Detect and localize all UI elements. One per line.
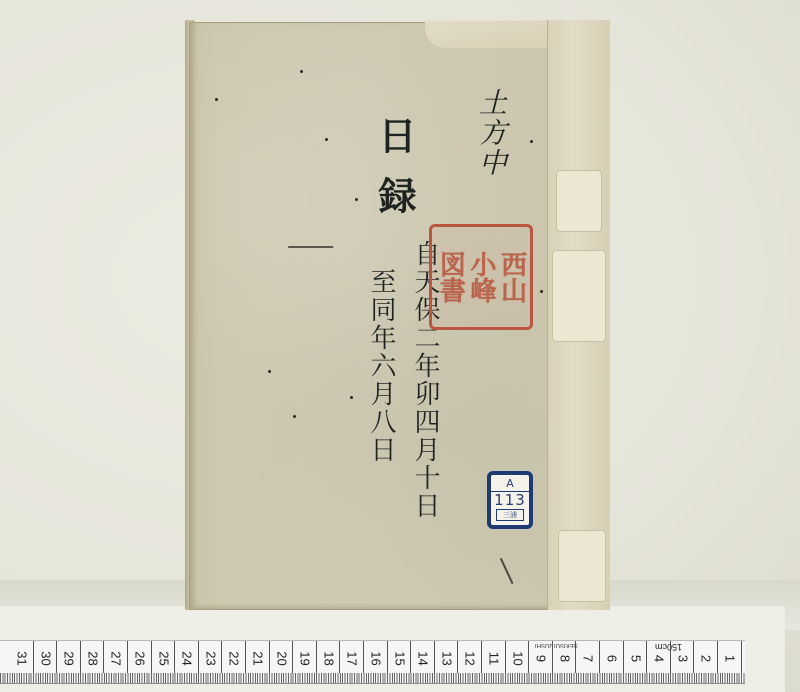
ruler-cm-cell: 19 <box>293 641 317 673</box>
ruler-cm-cell: 10 <box>506 641 530 673</box>
call-number-label: A 113 三浦 <box>487 471 533 529</box>
label-number: 113 <box>491 492 529 508</box>
ruler-cm-cell: 1 <box>718 641 742 673</box>
measuring-ruler: 3130292827262524232221201918171615141312… <box>0 640 745 684</box>
manuscript-book: 土方中 日録 自天保二年卯四月十日 至同年六月八日 図書 小峰 西山 A 113… <box>185 20 610 612</box>
red-seal-stamp: 図書 小峰 西山 <box>429 224 533 330</box>
ink-speck <box>268 370 271 373</box>
ruler-number: 7 <box>581 649 596 669</box>
ruler-number: 31 <box>15 649 30 669</box>
ruler-cm-cell: 20 <box>270 641 294 673</box>
ruler-brand: SEKISUI JUSHI <box>535 642 578 648</box>
ruler-number: 23 <box>203 649 218 669</box>
ruler-number: 5 <box>628 649 643 669</box>
spine-tear <box>552 250 606 342</box>
spine-tear <box>556 170 602 232</box>
ruler-number: 8 <box>557 649 572 669</box>
ruler-number: 12 <box>463 649 478 669</box>
ruler-cm-cell: 18 <box>317 641 341 673</box>
owner-inscription: 土方中 <box>477 88 505 178</box>
seal-text: 図書 <box>436 231 465 323</box>
ruler-cm-cell: 13 <box>435 641 459 673</box>
ruler-cm-cell: 14 <box>411 641 435 673</box>
ruler-number: 10 <box>510 649 525 669</box>
document-title: 日録 <box>375 116 413 236</box>
ruler-cm-cell: 5 <box>624 641 648 673</box>
ruler-number: 6 <box>605 649 620 669</box>
ruler-number: 2 <box>699 649 714 669</box>
ruler-number: 25 <box>156 649 171 669</box>
ink-speck <box>300 70 303 73</box>
ruler-cm-cell: 7 <box>576 641 600 673</box>
ruler-number: 16 <box>369 649 384 669</box>
ruler-cm-cell: 6 <box>600 641 624 673</box>
ruler-cm-cell: 22 <box>222 641 246 673</box>
ruler-number: 20 <box>274 649 289 669</box>
ruler-number: 1 <box>723 649 738 669</box>
ruler-number: 11 <box>487 649 502 669</box>
small-ink-mark <box>288 236 337 248</box>
ruler-number: 27 <box>109 649 124 669</box>
ruler-number: 21 <box>251 649 266 669</box>
ink-speck <box>350 396 353 399</box>
ink-speck <box>530 140 533 143</box>
ruler-number: 26 <box>133 649 148 669</box>
ruler-cm-cell: 21 <box>246 641 270 673</box>
ink-speck <box>540 290 543 293</box>
ruler-number: 14 <box>416 649 431 669</box>
spine-tear <box>558 530 606 602</box>
ink-speck <box>355 198 358 201</box>
book-spine <box>547 20 610 610</box>
ruler-cm-cell: 23 <box>199 641 223 673</box>
ruler-number: 9 <box>534 649 549 669</box>
ruler-number: 24 <box>180 649 195 669</box>
seal-text: 小峰 <box>467 231 496 323</box>
ruler-number: 18 <box>321 649 336 669</box>
ruler-cm-cell: 25 <box>152 641 176 673</box>
label-collection: 三浦 <box>496 509 524 521</box>
ruler-number: 28 <box>85 649 100 669</box>
ruler-cm-cell: 29 <box>57 641 81 673</box>
ruler-cm-cell: 11 <box>482 641 506 673</box>
ruler-cm-cell: 30 <box>34 641 58 673</box>
ruler-cm-cell: 24 <box>175 641 199 673</box>
ruler-cm-cell: 31 <box>10 641 34 673</box>
ruler-number: 17 <box>345 649 360 669</box>
ruler-cm-cell: 27 <box>104 641 128 673</box>
ruler-unit: 150cm <box>655 642 682 652</box>
ruler-number: 22 <box>227 649 242 669</box>
ruler-number: 19 <box>298 649 313 669</box>
ruler-number: 29 <box>62 649 77 669</box>
seal-text: 西山 <box>497 231 526 323</box>
ruler-cm-cell: 2 <box>694 641 718 673</box>
ink-speck <box>215 98 218 101</box>
ruler-number: 13 <box>439 649 454 669</box>
ruler-cm-cell: 26 <box>128 641 152 673</box>
ink-speck <box>293 415 296 418</box>
ruler-cm-cell: 12 <box>458 641 482 673</box>
ruler-cm-cell: 15 <box>388 641 412 673</box>
label-series: A <box>491 477 529 492</box>
ruler-number: 30 <box>38 649 53 669</box>
ruler-cm-cell: 16 <box>364 641 388 673</box>
ink-speck <box>325 138 328 141</box>
ruler-ticks <box>0 673 745 683</box>
date-range-to: 至同年六月八日 <box>368 268 394 464</box>
ruler-cm-cell: 28 <box>81 641 105 673</box>
ruler-number: 15 <box>392 649 407 669</box>
ruler-cm-cell: 17 <box>340 641 364 673</box>
